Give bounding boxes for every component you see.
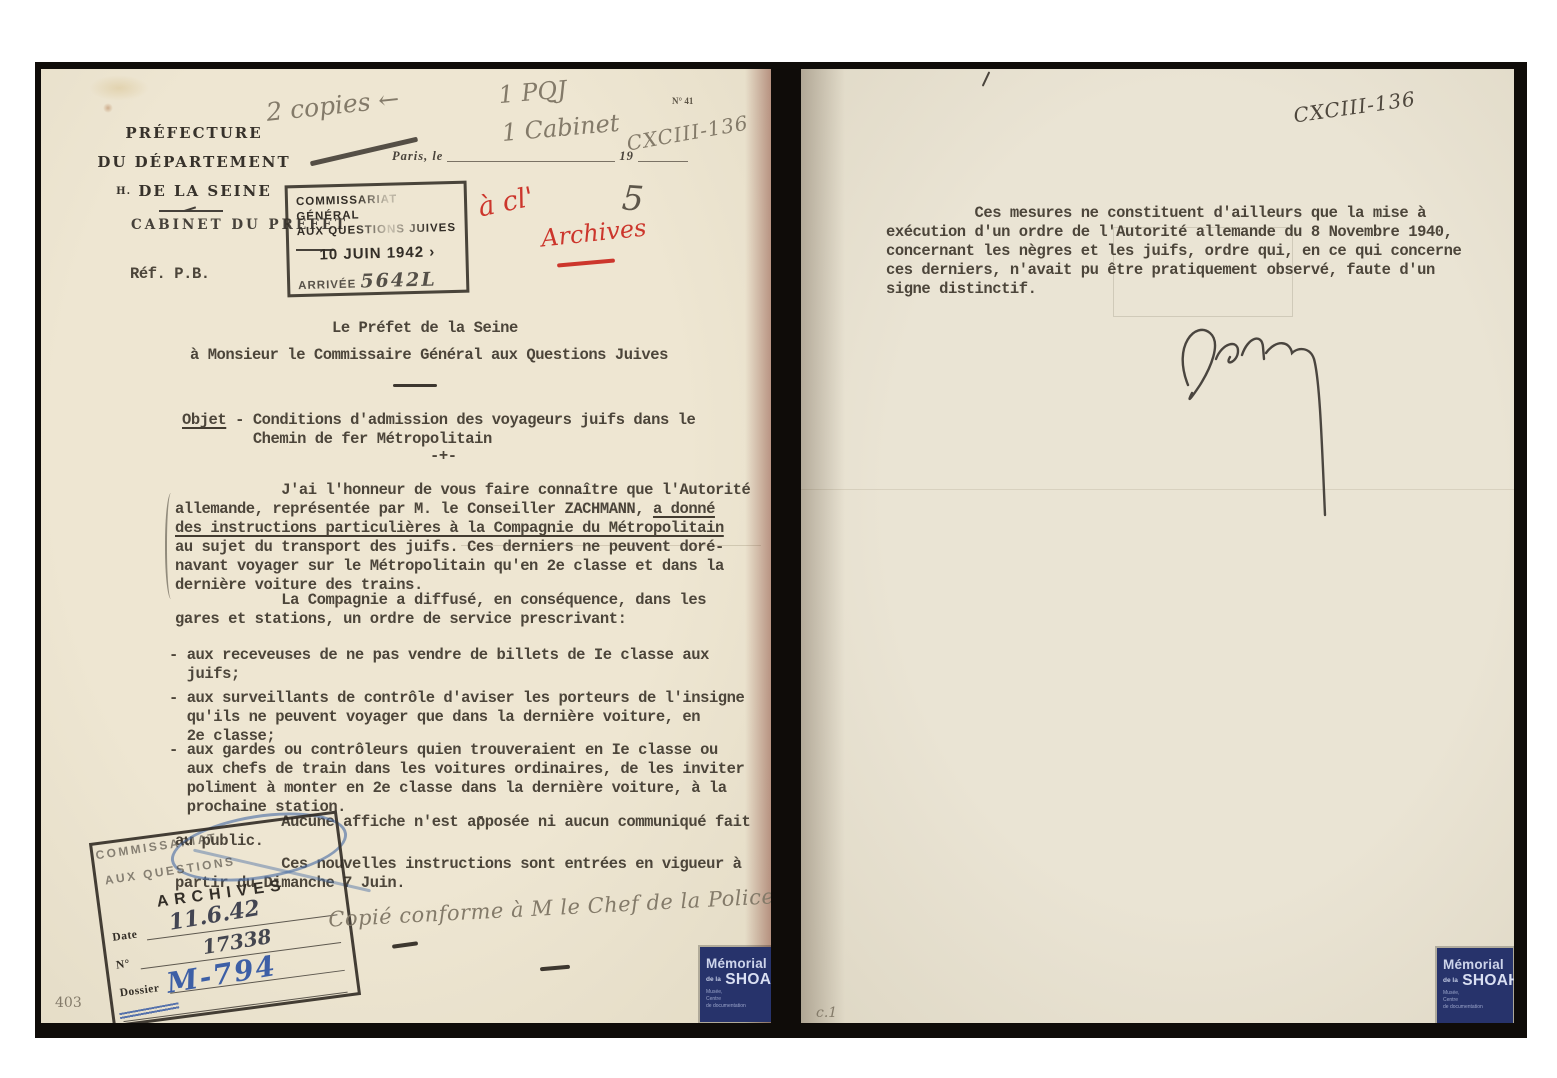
- no-label: N°: [115, 958, 130, 972]
- logo-shoah-line: de la SHOAH: [1443, 973, 1509, 989]
- logo-doc: de documentation: [706, 1004, 771, 1009]
- red-archives-note: Archives: [540, 214, 648, 253]
- bleedthrough-box: [1113, 227, 1293, 317]
- paper-stain: [89, 75, 149, 101]
- scanned-page-right: CXCIII-136 Ces mesures ne constituent d'…: [787, 62, 1527, 1038]
- arrivee-label: ARRIVÉE: [298, 279, 356, 293]
- arrivee-number: 5642L: [360, 268, 437, 292]
- list-item-3: - aux gardes ou contrôleurs quien trouve…: [169, 741, 771, 817]
- stamp-line1: COMMISSARIAT GÉNÉRAL: [296, 191, 457, 225]
- logo-memorial: Mémorial: [706, 957, 771, 971]
- cote-annotation: CXCIII-136: [1292, 87, 1417, 128]
- red-underline: [557, 258, 615, 267]
- binding-shadow: [801, 69, 845, 1023]
- logo-dela: de la: [706, 977, 721, 984]
- letterhead-line2: DU DÉPARTEMENT: [89, 148, 299, 177]
- pencil-distribution: 1 PQJ 1 Cabinet: [497, 69, 621, 152]
- archives-stamp-header2: AUX QUESTIONS: [104, 854, 236, 887]
- signature-mark: [1158, 307, 1388, 537]
- paragraph-1: J'ai l'honneur de vous faire connaître q…: [175, 481, 771, 595]
- pencil-note-copies: 2 copies ←: [265, 84, 401, 127]
- stamp-arrivee: ARRIVÉE 5642L: [298, 268, 459, 294]
- logo-centre: Centre: [706, 997, 771, 1002]
- stamp-date: 10 JUIN 1942 ›: [297, 243, 457, 264]
- pen-tick: [982, 71, 991, 86]
- paper-stain: [103, 103, 113, 113]
- dash-mark: [392, 941, 418, 948]
- letterhead-line3-text: DE LA SEINE: [138, 182, 272, 200]
- list-item-1: - aux receveuses de ne pas vendre de bil…: [169, 646, 771, 684]
- section-divider: [393, 384, 437, 387]
- folio-number: 403: [55, 995, 82, 1011]
- list-item-2: - aux surveillants de contrôle d'aviser …: [169, 689, 771, 746]
- form-number: N° 41: [672, 96, 693, 106]
- objet-label: Objet: [182, 411, 226, 429]
- memorial-shoah-logo: Mémorial de la SHOAH Musée, Centre de do…: [1437, 948, 1513, 1023]
- logo-musee: Musée,: [706, 990, 771, 995]
- year-blank-line: [638, 161, 688, 162]
- logo-shoah: SHOAH: [1462, 972, 1514, 989]
- scanned-page-left: PRÉFECTURE DU DÉPARTEMENT H. DE LA SEINE…: [35, 62, 787, 1038]
- date-blank-line: [447, 161, 615, 162]
- logo-shoah-line: de la SHOAH: [706, 972, 771, 988]
- paragraph-2: La Compagnie a diffusé, en conséquence, …: [175, 591, 771, 629]
- letterhead-line3: H. DE LA SEINE: [89, 177, 299, 206]
- date-label: Date: [112, 929, 138, 944]
- stamp-arrow-mark: ›: [429, 243, 435, 260]
- pencil-five: 5: [621, 178, 645, 219]
- logo-musee: Musée,: [1443, 991, 1509, 996]
- stamp-date-text: 10 JUIN 1942: [319, 244, 424, 264]
- paper-left: PRÉFECTURE DU DÉPARTEMENT H. DE LA SEINE…: [41, 69, 771, 1023]
- received-stamp: COMMISSARIAT GÉNÉRAL AUX QUESTIONS JUIVE…: [285, 181, 470, 298]
- memorial-shoah-logo: Mémorial de la SHOAH Musée, Centre de do…: [700, 947, 771, 1022]
- paragraph-1-end: au sujet du transport des juifs. Ces der…: [175, 538, 724, 594]
- dossier-label: Dossier: [119, 982, 160, 999]
- objet-text: - Conditions d'admission des voyageurs j…: [182, 411, 695, 448]
- objet-block: Objet - Conditions d'admission des voyag…: [182, 411, 771, 449]
- salutation-sender: Le Préfet de la Seine: [332, 319, 518, 338]
- red-note: à cl': [475, 182, 536, 224]
- paper-right: CXCIII-136 Ces mesures ne constituent d'…: [801, 69, 1514, 1023]
- reference: Réf. P.B.: [130, 265, 210, 284]
- archives-stamp-header1: COMMISSARIAT: [95, 830, 219, 862]
- logo-shoah: SHOAH: [725, 971, 771, 988]
- logo-dela: de la: [1443, 978, 1458, 985]
- salutation-recipient: à Monsieur le Commissaire Général aux Qu…: [190, 346, 668, 365]
- dossier-value: M-794: [164, 949, 279, 1000]
- logo-centre: Centre: [1443, 998, 1509, 1003]
- letterhead-prefix: H.: [116, 186, 131, 197]
- stamp-line2: AUX QUESTIONS JUIVES: [297, 221, 457, 240]
- dash-mark: [540, 965, 570, 972]
- copy-mark: c.1: [816, 1005, 837, 1021]
- objet-separator: -+-: [430, 447, 457, 466]
- letterhead-divider: [159, 210, 223, 212]
- paris-le-label: Paris, le: [392, 149, 443, 164]
- letterhead: PRÉFECTURE DU DÉPARTEMENT H. DE LA SEINE: [89, 119, 299, 206]
- archives-stamp: COMMISSARIAT AUX QUESTIONS ARCHIVES Date…: [89, 810, 361, 1023]
- logo-memorial: Mémorial: [1443, 958, 1509, 972]
- logo-doc: de documentation: [1443, 1005, 1509, 1010]
